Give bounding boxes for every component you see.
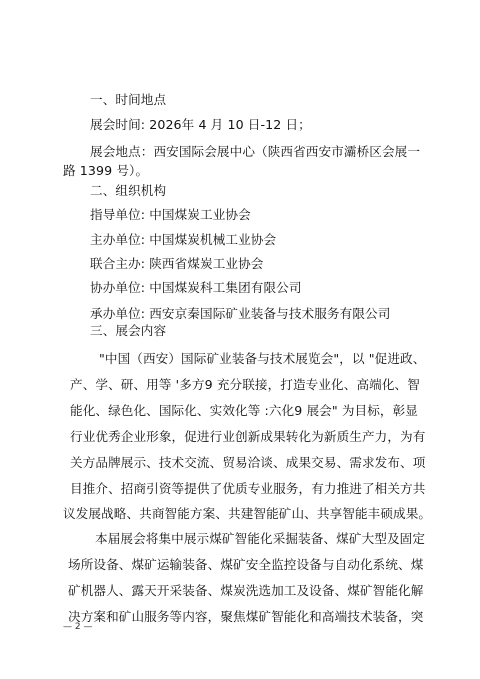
paragraph-1-line-2: 产、学、研、用等 '多方9 充分联接，打造专业化、高端化、智: [70, 377, 420, 393]
org-line-guiding: 指导单位: 中国煤炭工业协会: [90, 207, 251, 223]
paragraph-2-line-3: 矿机器人、露天开采装备、煤炭洗选加工及设备、煤矿智能化解: [68, 583, 423, 599]
paragraph-1-line-3: 能化、绿色化、国际化、实效化等 :六化9 展会" 为目标，彰显: [70, 403, 418, 419]
section-heading-organization: 二、组织机构: [90, 183, 166, 199]
paragraph-2-line-2: 场所设备、煤矿运输装备、煤矿安全监控设备与自动化系统、煤: [68, 557, 423, 573]
org-line-co-host: 联合主办: 陕西省煤炭工业协会: [90, 256, 263, 272]
document-page: 一、时间地点 展会时间: 2026年 4 月 10 日-12 日； 展会地点：西…: [0, 0, 480, 679]
paragraph-1-line-5: 关方品牌展示、技术交流、贸易洽谈、成果交易、需求发布、项: [70, 455, 425, 471]
page-number: — 2 —: [63, 622, 92, 632]
exhibition-place-line-1: 展会地点：西安国际会展中心（陕西省西安市灞桥区会展一: [90, 144, 420, 160]
org-line-co-organizer: 协办单位: 中国煤炭科工集团有限公司: [90, 280, 302, 296]
section-heading-content: 三、展会内容: [90, 323, 166, 339]
org-line-organizer: 承办单位: 西安京秦国际矿业装备与技术服务有限公司: [90, 306, 390, 322]
paragraph-2-line-4: 决方案和矿山服务等内容，聚焦煤矿智能化和高端技术装备，突: [68, 609, 423, 625]
exhibition-time: 展会时间: 2026年 4 月 10 日-12 日；: [90, 117, 311, 133]
paragraph-1-line-7: 议发展战略、共商智能方案、共建智能矿山、共享智能丰硕成果。: [63, 506, 431, 522]
exhibition-place-line-2: 路 1399 号）。: [63, 163, 148, 179]
section-heading-time-place: 一、时间地点: [90, 92, 166, 108]
paragraph-1-line-1: "中国（西安）国际矿业装备与技术展览会"，以 "促进政、: [99, 351, 425, 367]
paragraph-1-line-6: 目推介、招商引资等提供了优质专业服务，有力推进了相关方共: [70, 481, 425, 497]
org-line-host: 主办单位: 中国煤炭机械工业协会: [90, 232, 276, 248]
paragraph-2-line-1: 本届展会将集中展示煤矿智能化采掘装备、煤矿大型及固定: [95, 531, 425, 547]
paragraph-1-line-4: 行业优秀企业形象，促进行业创新成果转化为新质生产力，为有: [70, 429, 425, 445]
